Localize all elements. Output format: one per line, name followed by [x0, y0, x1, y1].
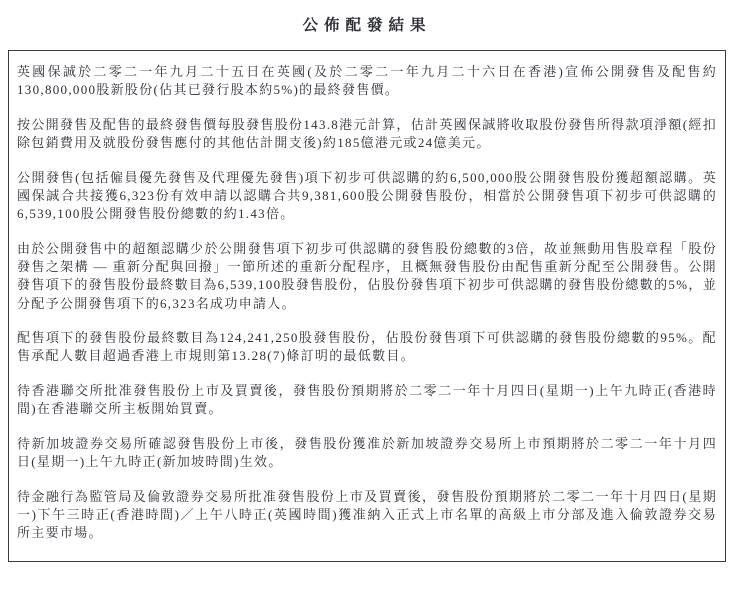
announcement-document: 公佈配發結果 英國保誠於二零二一年九月二十五日在英國(及於二零二一年九月二十六日… [0, 0, 734, 590]
paragraph-lse-listing: 待金融行為監管局及倫敦證券交易所批准發售股份上市及買賣後，發售股份預期將於二零二… [17, 488, 717, 543]
paragraph-sgx-listing: 待新加坡證券交易所確認發售股份上市後，發售股份獲准於新加坡證券交易所上市預期將於… [17, 435, 717, 471]
paragraph-hkex-dealing: 待香港聯交所批准發售股份上市及買賣後，發售股份預期將於二零二一年十月四日(星期一… [17, 382, 717, 418]
paragraph-oversubscription: 公開發售(包括僱員優先發售及代理優先發售)項下初步可供認購的約6,500,000… [17, 169, 717, 224]
paragraph-offer-announcement: 英國保誠於二零二一年九月二十五日在英國(及於二零二一年九月二十六日在香港)宣佈公… [17, 63, 717, 99]
paragraph-net-proceeds: 按公開發售及配售的最終發售價每股發售股份143.8港元計算，估計英國保誠將收取股… [17, 116, 717, 152]
page-title: 公佈配發結果 [0, 13, 734, 35]
paragraph-placing-shares: 配售項下的發售股份最終數目為124,241,250股發售股份，佔股份發售項下可供… [17, 329, 717, 365]
allotment-results-box: 英國保誠於二零二一年九月二十五日在英國(及於二零二一年九月二十六日在香港)宣佈公… [8, 50, 726, 562]
paragraph-reallocation-procedure: 由於公開發售中的超額認購少於公開發售項下初步可供認購的發售股份總數的3倍，故並無… [17, 240, 717, 313]
